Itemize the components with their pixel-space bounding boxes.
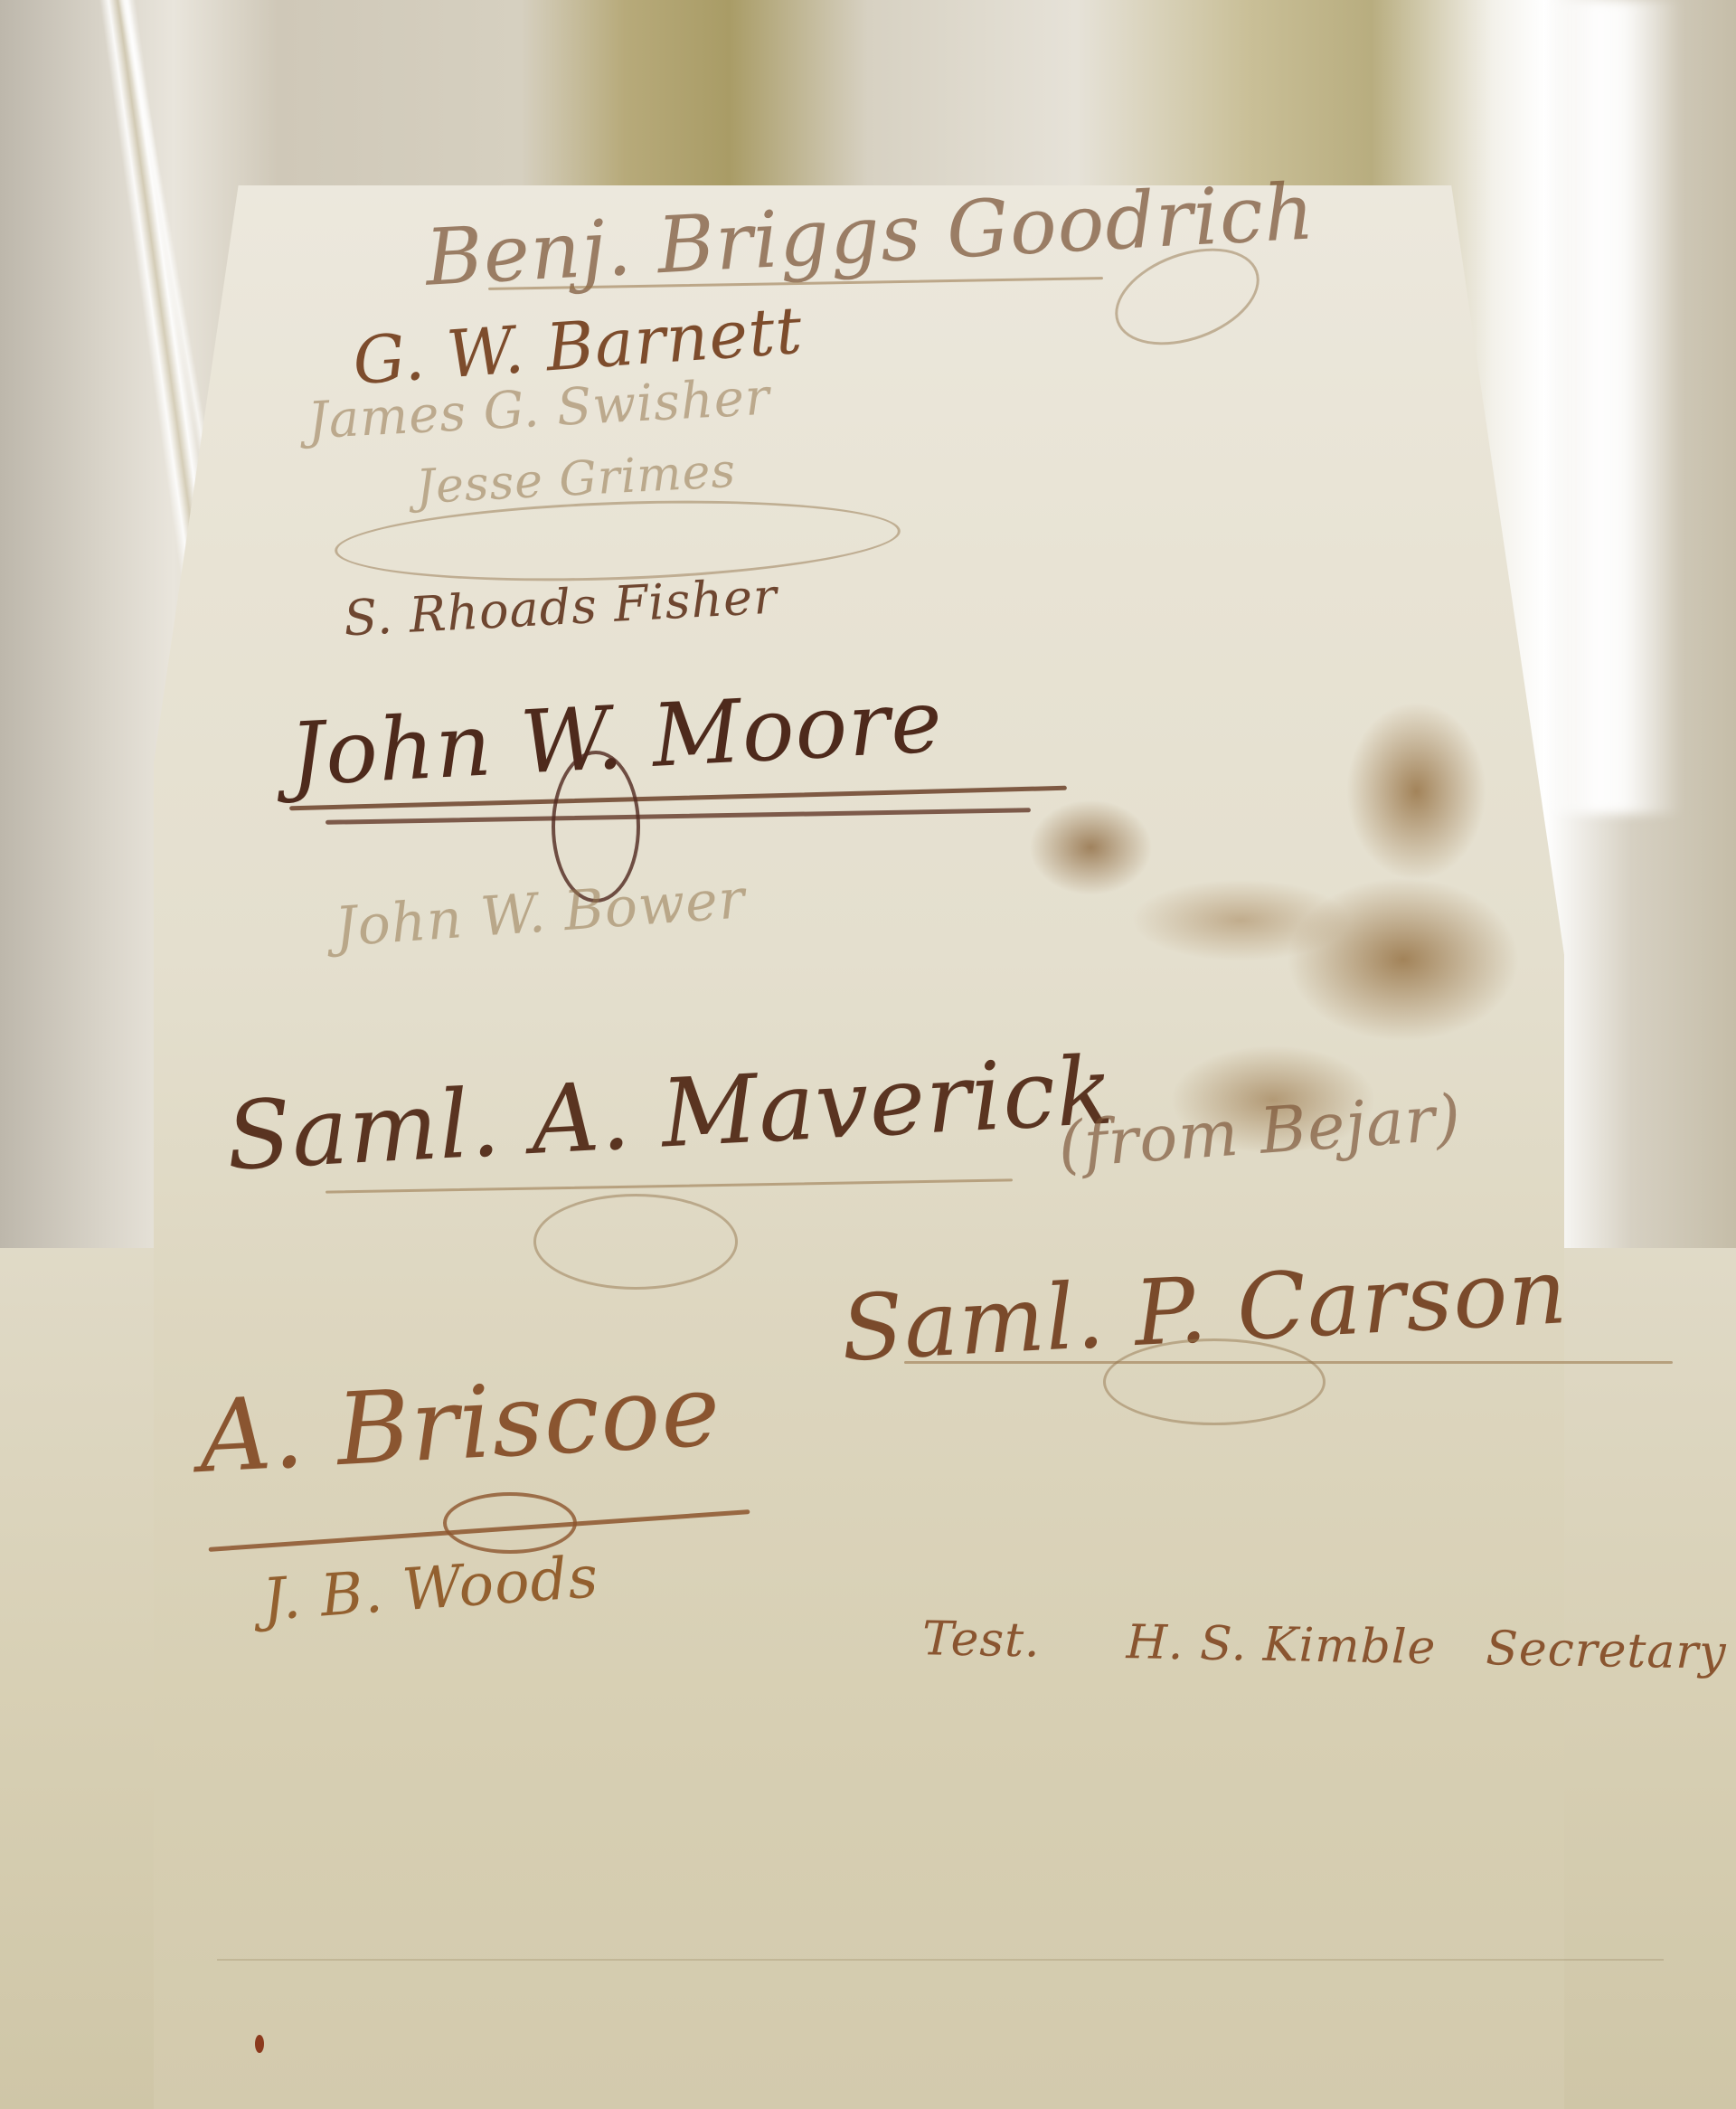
- attestation-name: H. S. Kimble: [1126, 1615, 1437, 1675]
- paper-fold-line: [217, 1959, 1664, 1961]
- photo-background: Benj. Briggs Goodrich G. W. Barnett Jame…: [0, 0, 1736, 2109]
- ink-spot: [255, 2035, 264, 2053]
- signature-briscoe-flourish: [443, 1492, 577, 1554]
- attestation-title: Secretary: [1486, 1622, 1727, 1680]
- signature-maverick-flourish: [533, 1194, 738, 1290]
- signature-carson-flourish: [1103, 1338, 1326, 1425]
- attestation-prefix: Test.: [922, 1612, 1042, 1668]
